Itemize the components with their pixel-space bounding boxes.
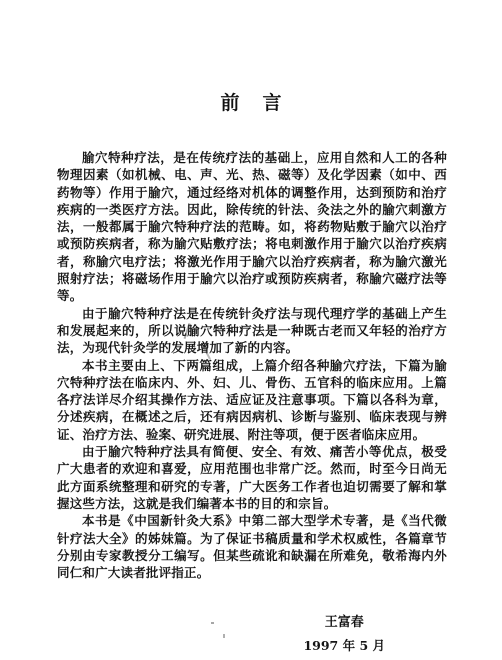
page-title: 前 言 <box>57 88 447 115</box>
signature-date: 1997 年 5 月 <box>303 633 385 659</box>
signature-name: 王富春 <box>303 613 385 633</box>
paragraph: 由于腧穴特种疗法是在传统针灸疗法与现代理疗学的基础上产生和发展起来的，所以说腧穴… <box>57 305 447 357</box>
paragraph: 由于腧穴特种疗法具有简便、安全、有效、痛苦小等优点，极受广大患者的欢迎和喜爱，应… <box>57 443 447 512</box>
paragraph: 腧穴特种疗法，是在传统疗法的基础上，应用自然和人工的各种物理因素（如机械、电、声… <box>57 149 447 305</box>
scanned-preface-page: 前 言 腧穴特种疗法，是在传统疗法的基础上，应用自然和人工的各种物理因素（如机械… <box>0 0 502 660</box>
paragraph: 本书主要由上、下两篇组成，上篇介绍各种腧穴疗法，下篇为腧穴特种疗法在临床内、外、… <box>57 357 447 443</box>
preface-body: 腧穴特种疗法，是在传统疗法的基础上，应用自然和人工的各种物理因素（如机械、电、声… <box>57 149 447 581</box>
signature-block: 王富春 1997 年 5 月 <box>57 613 447 659</box>
paragraph: 本书是《中国新针灸大系》中第二部大型学术专著，是《当代微针疗法大全》的姊妹篇。为… <box>57 512 447 581</box>
signature-inner: 王富春 1997 年 5 月 <box>303 613 385 659</box>
